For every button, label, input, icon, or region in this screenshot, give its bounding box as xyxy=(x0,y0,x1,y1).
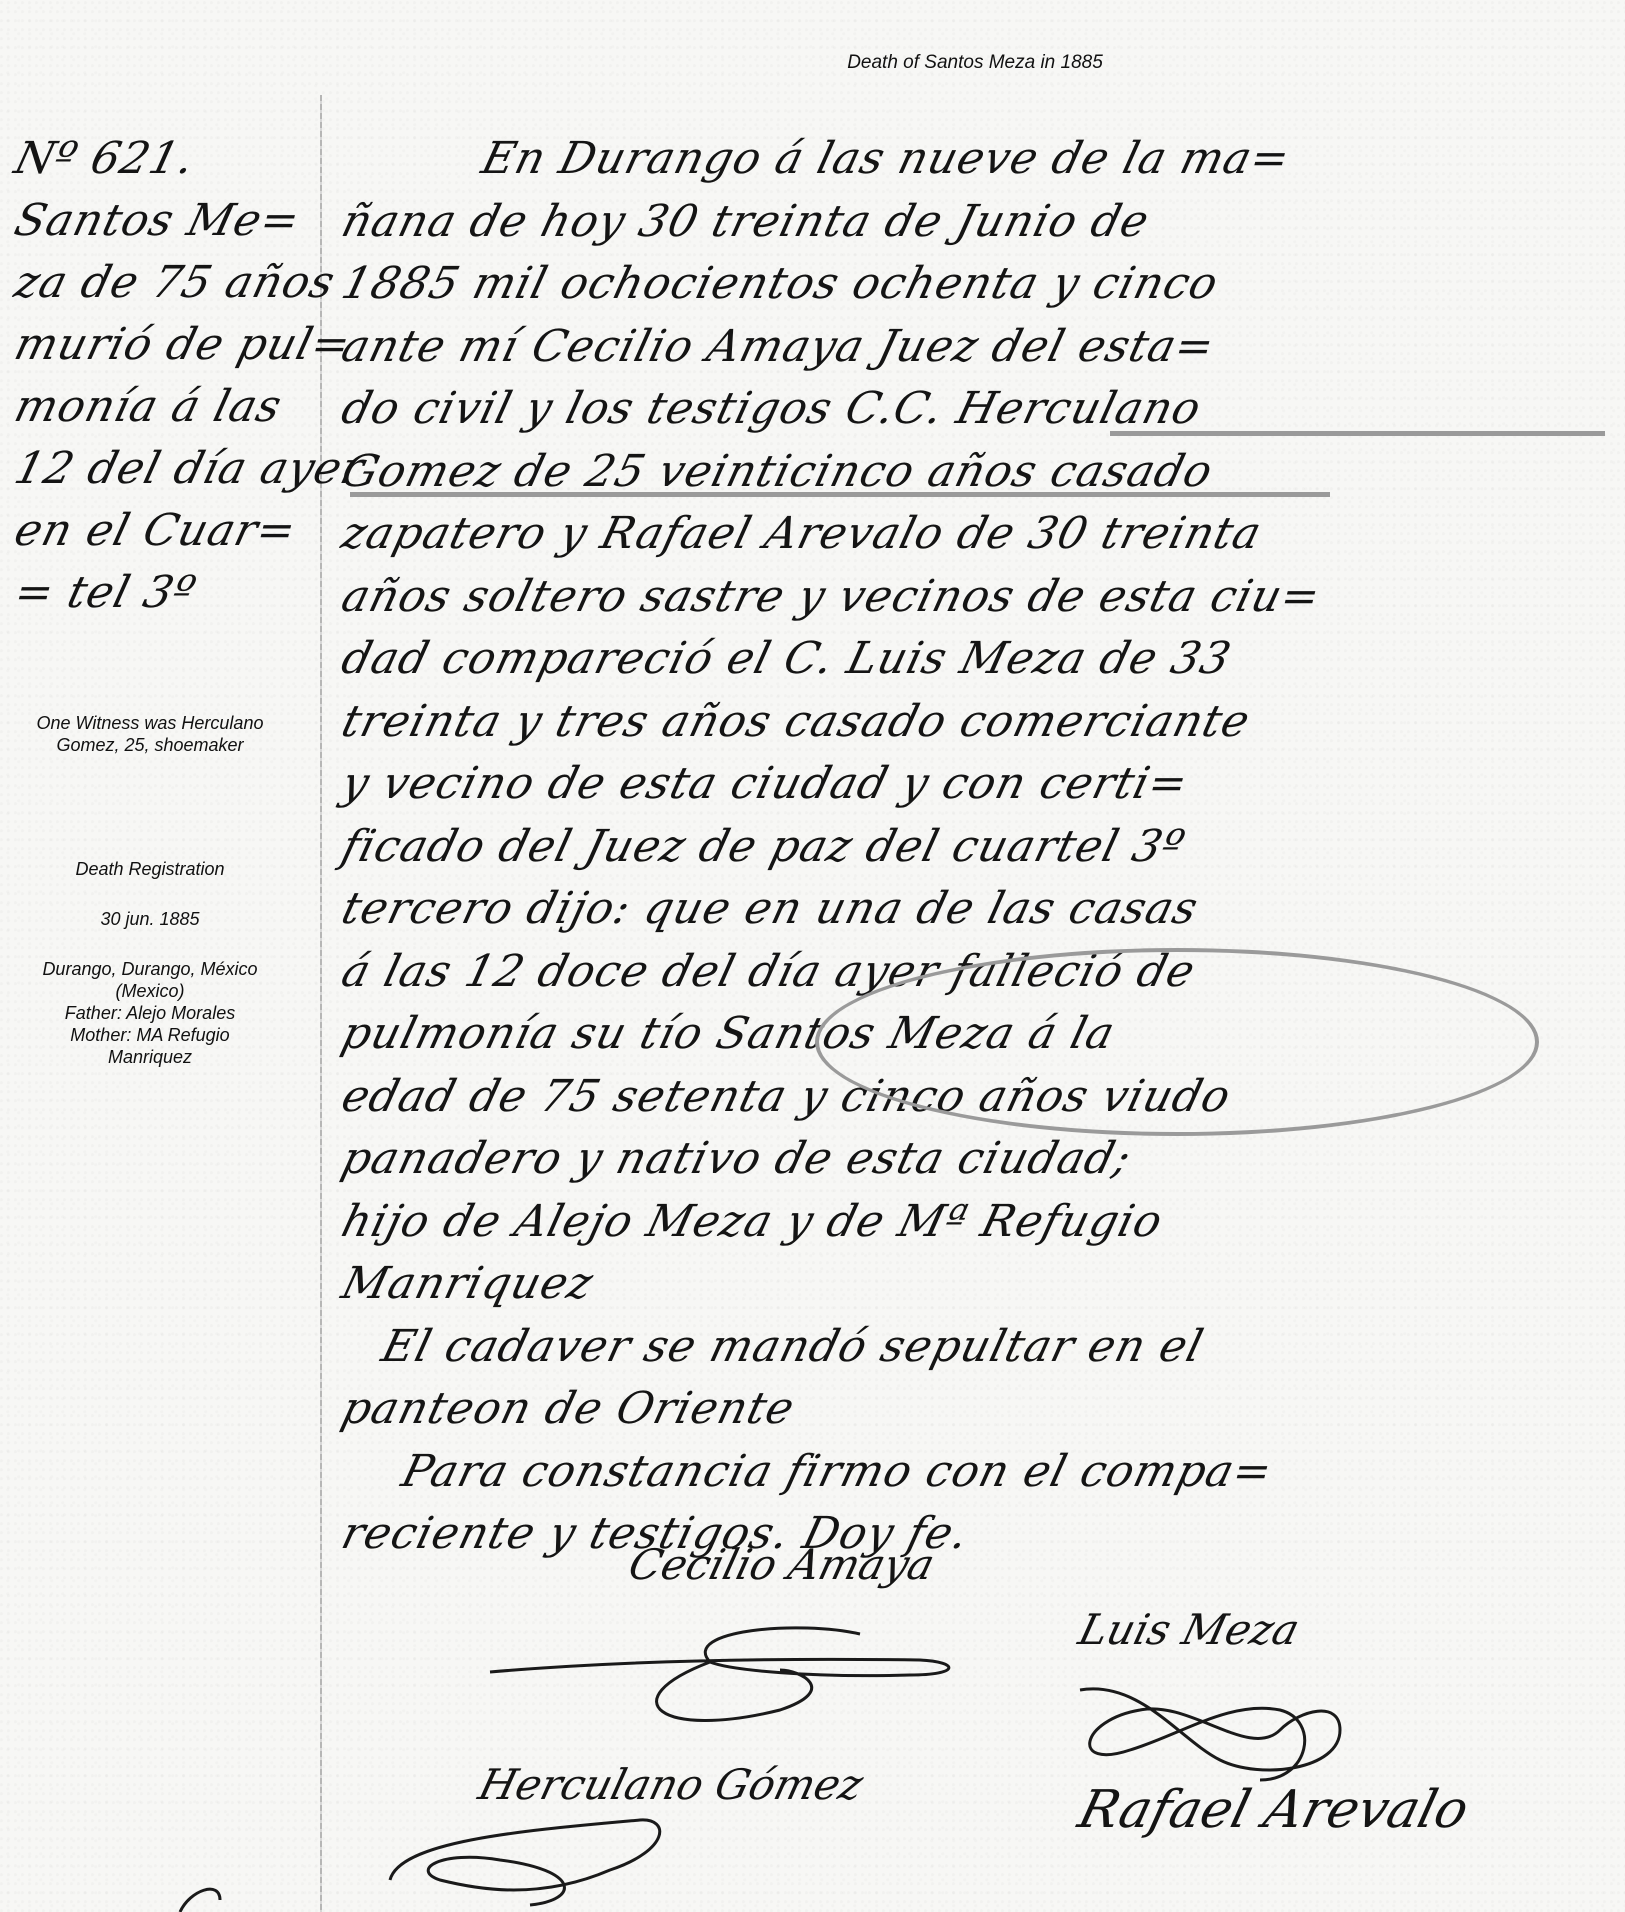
margin-line: monía á las xyxy=(8,376,333,438)
flourish-judge xyxy=(480,1620,1040,1750)
margin-line: Nº 621. xyxy=(8,128,333,190)
record-type: Death Registration xyxy=(0,858,300,880)
body-line: ficado del Juez de paz del cuartel 3º xyxy=(335,816,1625,879)
place-line: Durango, Durango, México xyxy=(0,958,300,980)
body-line: panteon de Oriente xyxy=(335,1378,1625,1441)
margin-note: Nº 621. Santos Me= za de 75 años murió d… xyxy=(8,128,318,624)
body-line: El cadaver se mandó sepultar en el xyxy=(335,1316,1625,1379)
margin-line: za de 75 años xyxy=(8,252,333,314)
signature-declarant: Luis Meza xyxy=(1074,1605,1305,1654)
margin-line: murió de pul= xyxy=(8,314,333,376)
body-line: y vecino de esta ciudad y con certi= xyxy=(335,753,1625,816)
flourish-declarant xyxy=(1060,1680,1360,1790)
record-date: 30 jun. 1885 xyxy=(0,908,300,930)
record-details: Durango, Durango, México (Mexico) Father… xyxy=(0,958,300,1068)
body-line: ñana de hoy 30 treinta de Junio de xyxy=(335,191,1625,254)
body-line: tercero dijo: que en una de las casas xyxy=(335,878,1625,941)
page-title: Death of Santos Meza in 1885 xyxy=(750,52,1200,74)
body-line: ante mí Cecilio Amaya Juez del esta= xyxy=(335,316,1625,379)
margin-line: en el Cuar= xyxy=(8,500,333,562)
witness-underline xyxy=(350,492,1330,497)
body-line: hijo de Alejo Meza y de Mª Refugio xyxy=(335,1191,1625,1254)
body-line: treinta y tres años casado comerciante xyxy=(335,691,1625,754)
signature-witness-1: Herculano Gómez xyxy=(474,1760,868,1809)
margin-line: 12 del día ayer xyxy=(8,438,333,500)
annotation-line: Gomez, 25, shoemaker xyxy=(0,734,300,756)
mother-line: Mother: MA Refugio xyxy=(0,1024,300,1046)
body-line: panadero y nativo de esta ciudad; xyxy=(335,1128,1625,1191)
witness-annotation: One Witness was Herculano Gomez, 25, sho… xyxy=(0,712,300,756)
body-line: Manriquez xyxy=(335,1253,1625,1316)
flourish-witness-1 xyxy=(380,1810,680,1910)
place-line: (Mexico) xyxy=(0,980,300,1002)
body-line: zapatero y Rafael Arevalo de 30 treinta xyxy=(335,503,1625,566)
name-highlight-circle xyxy=(815,948,1539,1136)
body-line: 1885 mil ochocientos ochenta y cinco xyxy=(335,253,1625,316)
witness-underline xyxy=(1110,431,1605,436)
body-line: reciente y testigos. Doy fe. xyxy=(335,1503,1625,1566)
margin-line: Santos Me= xyxy=(8,190,333,252)
mother-line: Manriquez xyxy=(0,1046,300,1068)
annotation-line: One Witness was Herculano xyxy=(0,712,300,734)
record-body: En Durango á las nueve de la ma= ñana de… xyxy=(335,128,1615,1566)
body-line: Para constancia firmo con el compa= xyxy=(335,1441,1625,1504)
signature-judge: Cecilio Amaya xyxy=(624,1540,940,1589)
margin-line: = tel 3º xyxy=(8,562,333,624)
body-line: En Durango á las nueve de la ma= xyxy=(335,128,1625,191)
father-line: Father: Alejo Morales xyxy=(0,1002,300,1024)
body-line: años soltero sastre y vecinos de esta ci… xyxy=(335,566,1625,629)
body-line: dad compareció el C. Luis Meza de 33 xyxy=(335,628,1625,691)
flourish-corner xyxy=(160,1880,280,1912)
